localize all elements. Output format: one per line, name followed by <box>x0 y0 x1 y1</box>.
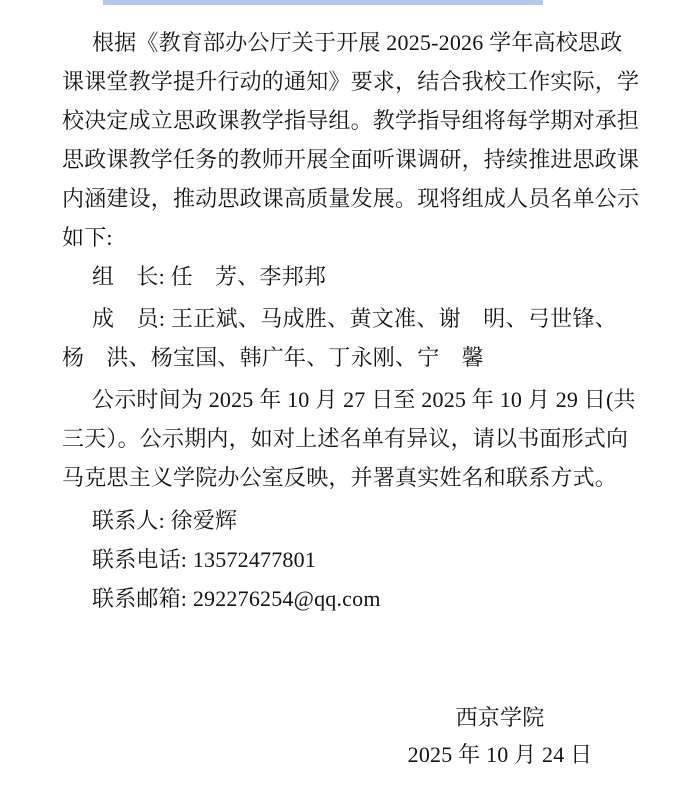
text-line: 根据《教育部办公厅关于开展 2025-2026 学年高校思政 <box>62 23 617 62</box>
text-line: 三天）。公示期内，如对上述名单有异议，请以书面形式向 <box>62 419 617 458</box>
text-line: 马克思主义学院办公室反映，并署真实姓名和联系方式。 <box>62 458 617 497</box>
signature-block: 西京学院 2025 年 10 月 24 日 <box>340 699 660 773</box>
document-page: 根据《教育部办公厅关于开展 2025-2026 学年高校思政 课课堂教学提升行动… <box>0 0 679 796</box>
text-line: 校决定成立思政课教学指导组。教学指导组将每学期对承担 <box>62 101 617 140</box>
text-line: 如下: <box>62 218 617 257</box>
group-leader-line: 组 长: 任 芳、李邦邦 <box>62 257 617 296</box>
contact-email-line: 联系邮箱: 292276254@qq.com <box>62 579 617 618</box>
contact-person-line: 联系人: 徐爱辉 <box>62 501 617 540</box>
text-line: 内涵建设，推动思政课高质量发展。现将组成人员名单公示 <box>62 179 617 218</box>
text-line: 课课堂教学提升行动的通知》要求，结合我校工作实际，学 <box>62 62 617 101</box>
signature-org: 西京学院 <box>340 699 660 736</box>
text-line: 公示时间为 2025 年 10 月 27 日至 2025 年 10 月 29 日… <box>62 380 617 419</box>
signature-date: 2025 年 10 月 24 日 <box>340 736 660 773</box>
text-line: 思政课教学任务的教师开展全面听课调研，持续推进思政课 <box>62 140 617 179</box>
document-body: 根据《教育部办公厅关于开展 2025-2026 学年高校思政 课课堂教学提升行动… <box>62 23 617 618</box>
group-members-line: 杨 洪、杨宝国、韩广年、丁永刚、宁 馨 <box>62 338 617 377</box>
top-accent-bar <box>103 0 543 5</box>
group-members-line: 成 员: 王正斌、马成胜、黄文准、谢 明、弓世锋、 <box>62 299 617 338</box>
contact-phone-line: 联系电话: 13572477801 <box>62 540 617 579</box>
